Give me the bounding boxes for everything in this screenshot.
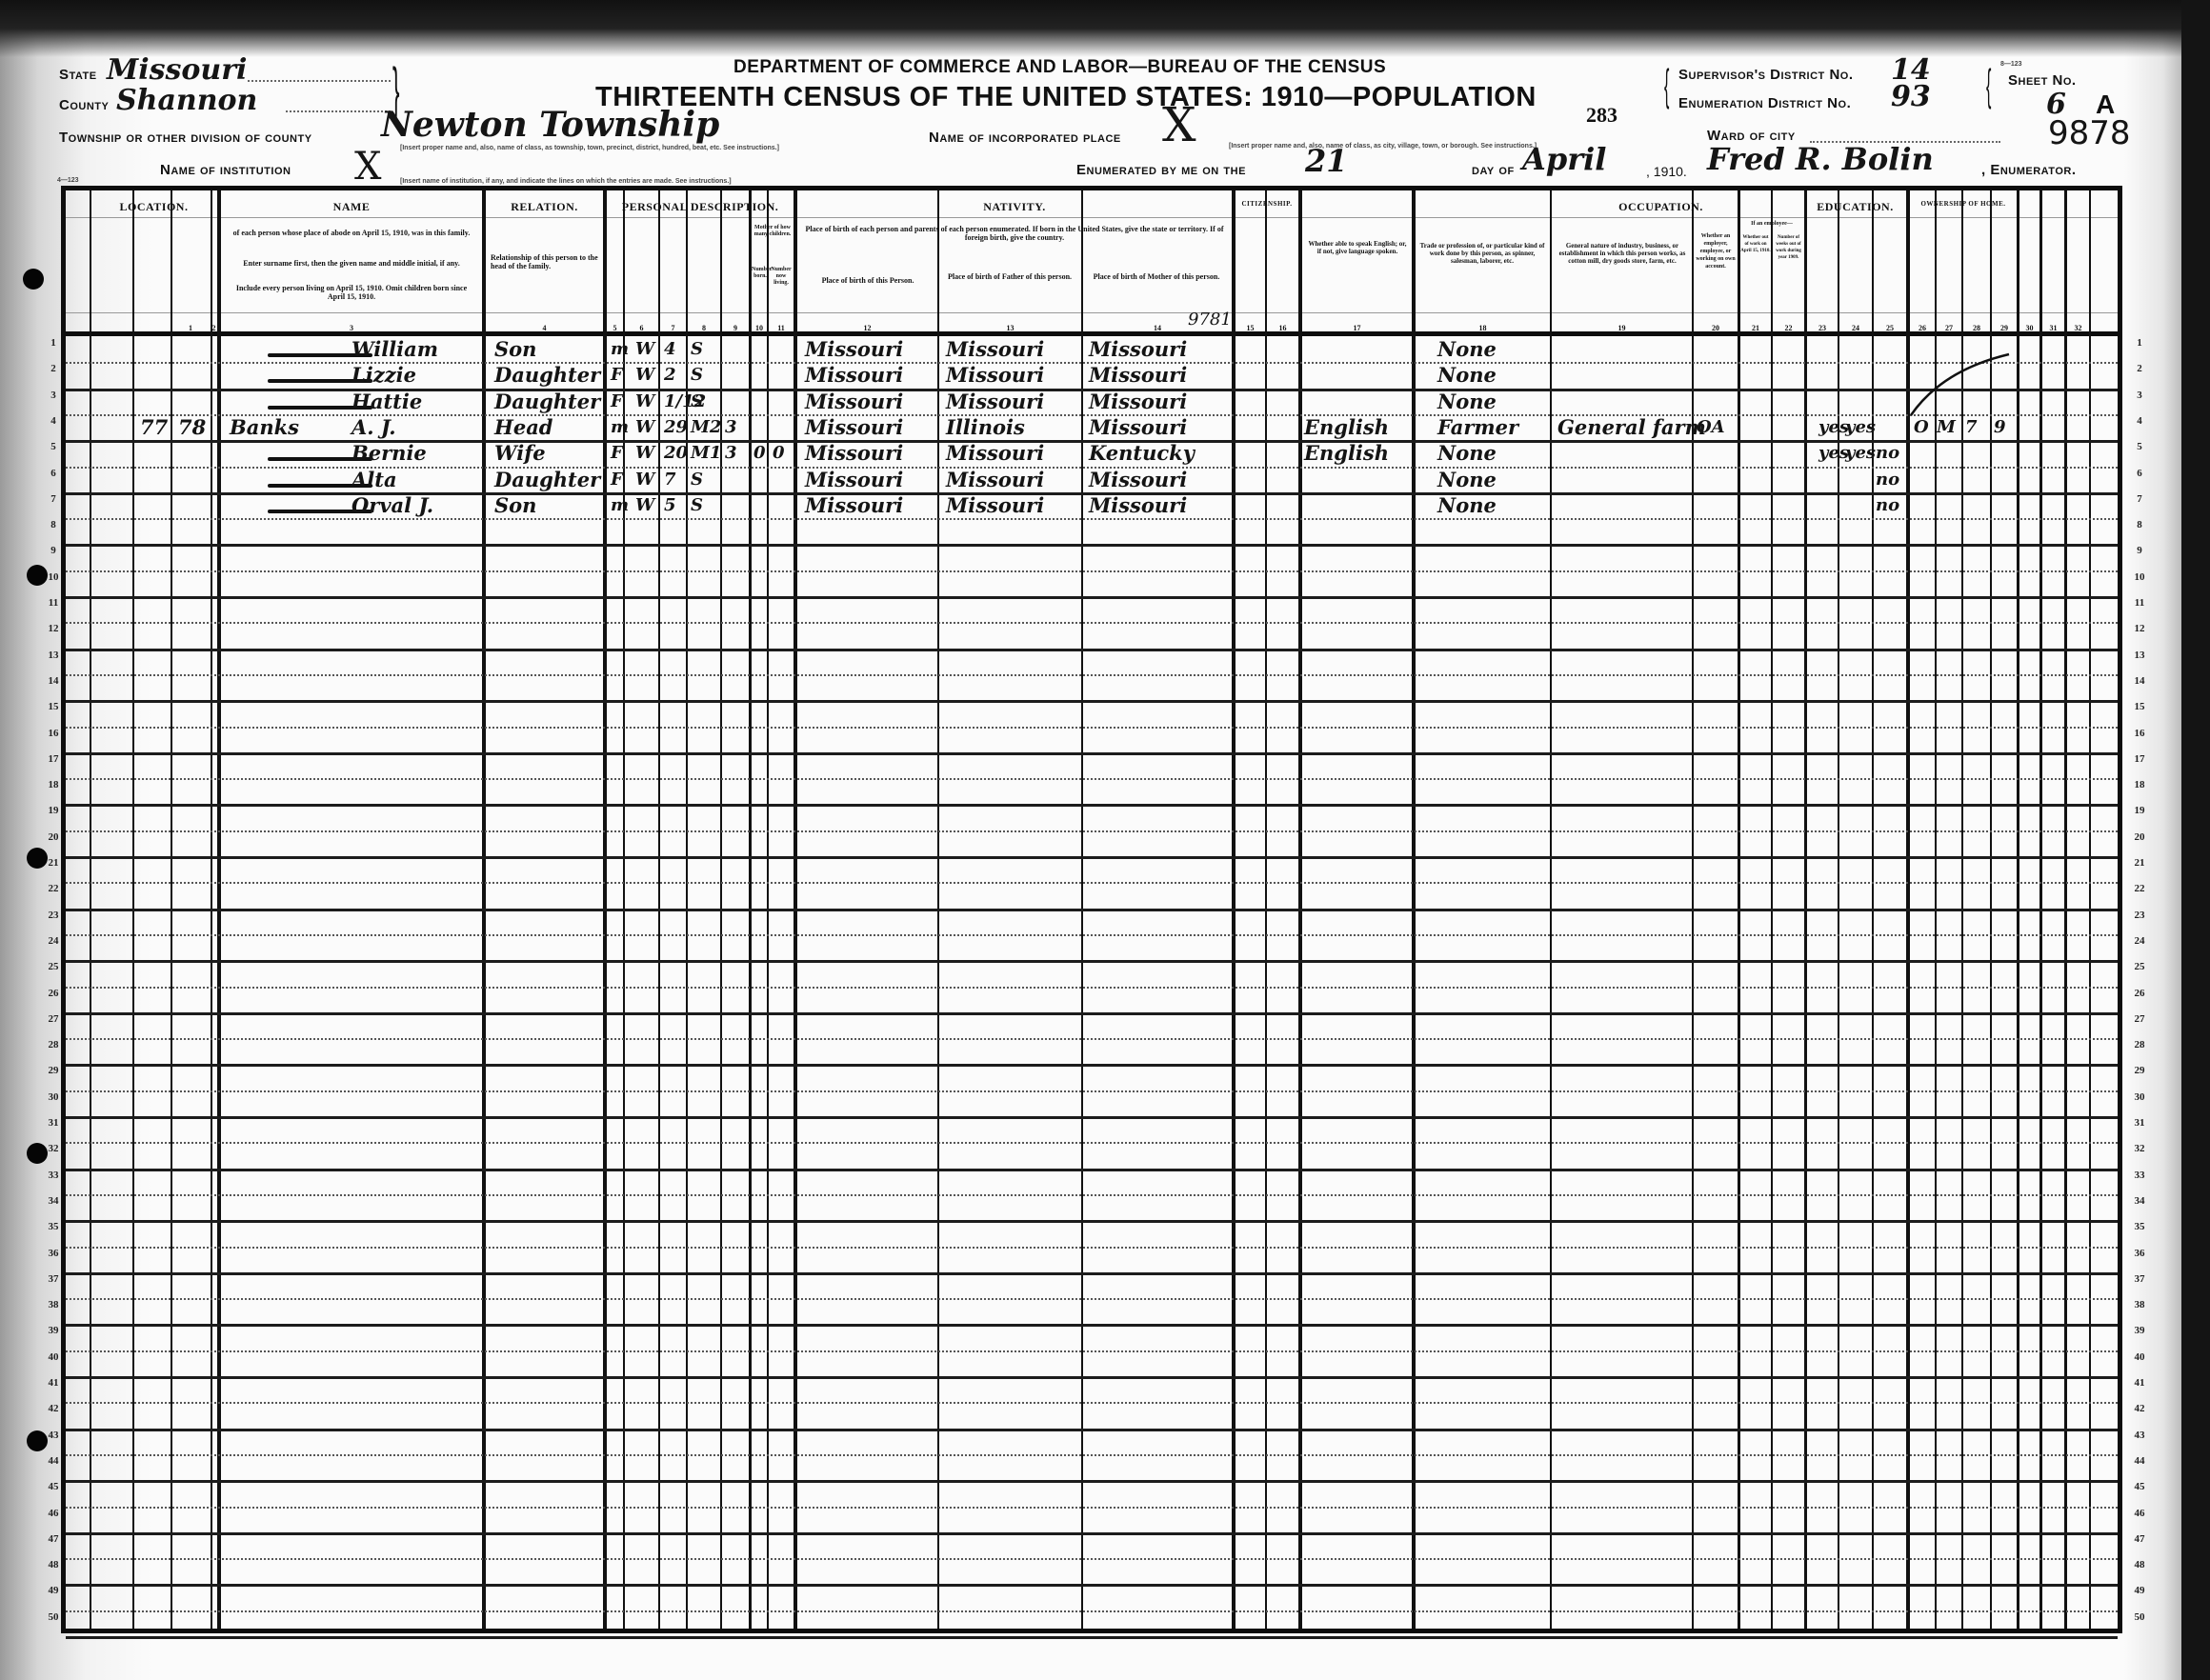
cell-birth-self: Missouri xyxy=(805,416,903,439)
row-rule xyxy=(66,856,2118,859)
cell-given: Bernie xyxy=(352,442,427,465)
line-number: 35 xyxy=(42,1221,65,1232)
cell-english: English xyxy=(1304,416,1389,439)
line-number: 42 xyxy=(2128,1403,2151,1414)
ward-label: Ward of city xyxy=(1707,128,1796,144)
cell-write: yes xyxy=(1845,416,1876,439)
line-number: 18 xyxy=(2128,779,2151,790)
cell-years-married: 3 xyxy=(725,416,737,439)
line-number: 5 xyxy=(2128,441,2151,452)
line-number: 10 xyxy=(2128,571,2151,583)
cell-age: 7 xyxy=(664,469,676,491)
section-nativity: NATIVITY. xyxy=(797,200,1232,214)
line-number: 6 xyxy=(2128,468,2151,479)
township-instruction: [Insert proper name and, also, name of c… xyxy=(400,145,779,151)
cell-age: 20 xyxy=(664,442,688,465)
out-of-work-header: Whether out of work on April 15, 1910. xyxy=(1740,234,1771,254)
line-number: 26 xyxy=(42,988,65,999)
line-number: 22 xyxy=(42,883,65,894)
line-number: 27 xyxy=(2128,1013,2151,1025)
sheet-label: Sheet No. xyxy=(2008,72,2077,89)
department-heading: DEPARTMENT OF COMMERCE AND LABOR—BUREAU … xyxy=(733,57,1386,78)
line-number: 35 xyxy=(2128,1221,2151,1232)
column-number: 3 xyxy=(221,324,482,332)
line-number: 1 xyxy=(42,337,65,349)
incorporated-place-label: Name of incorporated place xyxy=(929,130,1121,146)
section-ownership: OWNERSHIP OF HOME. xyxy=(1910,200,2017,208)
column-number: 25 xyxy=(1874,324,1906,332)
row-rule xyxy=(66,882,2118,885)
cell-birth-father: Missouri xyxy=(946,469,1044,491)
column-number: 17 xyxy=(1302,324,1412,332)
cell-dwelling: 77 xyxy=(140,416,168,439)
line-number: 7 xyxy=(42,493,65,505)
cell-living: 0 xyxy=(773,442,785,465)
line-number: 25 xyxy=(2128,961,2151,972)
name-description: of each person whose place of abode on A… xyxy=(228,229,475,237)
cell-school: no xyxy=(1876,494,1899,517)
cell-age: 29 xyxy=(664,416,688,439)
cell-given: Hattie xyxy=(352,390,422,413)
cell-birth-self: Missouri xyxy=(805,364,903,387)
row-rule xyxy=(66,1038,2118,1041)
column-number: 28 xyxy=(1963,324,1990,332)
cell-relation: Daughter xyxy=(494,364,600,387)
cell-race: W xyxy=(635,416,654,439)
column-number: 2 xyxy=(211,324,217,332)
weeks-out-header: Number of weeks out of work during year … xyxy=(1773,234,1804,261)
row-rule xyxy=(66,1429,2118,1431)
row-rule xyxy=(66,1142,2118,1145)
line-number: 16 xyxy=(42,728,65,739)
line-number: 3 xyxy=(42,390,65,401)
row-rule xyxy=(66,1558,2118,1561)
census-title: THIRTEENTH CENSUS OF THE UNITED STATES: … xyxy=(595,82,1537,113)
line-number: 29 xyxy=(42,1065,65,1076)
line-number: 28 xyxy=(2128,1039,2151,1050)
section-location: LOCATION. xyxy=(90,200,218,214)
line-number: 2 xyxy=(42,363,65,374)
line-number: 40 xyxy=(2128,1351,2151,1363)
enumerator-label: , Enumerator. xyxy=(1981,162,2077,178)
line-number: 24 xyxy=(42,935,65,947)
line-number: 38 xyxy=(2128,1299,2151,1310)
line-number: 5 xyxy=(42,441,65,452)
trade-header: Trade or profession of, or particular ki… xyxy=(1418,242,1546,265)
line-number: 23 xyxy=(2128,910,2151,921)
cell-birth-father: Missouri xyxy=(946,390,1044,413)
column-number: 18 xyxy=(1416,324,1550,332)
english-header: Whether able to speak English; or, if no… xyxy=(1306,240,1409,255)
row-rule xyxy=(66,544,2118,547)
supervisor-label: Supervisor's District No. xyxy=(1678,67,1854,83)
cell-trade: None xyxy=(1437,364,1497,387)
cell-sex: F xyxy=(611,469,623,491)
row-rule xyxy=(66,1480,2118,1483)
cell-sex: F xyxy=(611,364,623,387)
form-code-left: 4—123 xyxy=(57,177,79,184)
row-rule xyxy=(66,1194,2118,1197)
cell-race: W xyxy=(635,469,654,491)
cell-marital: S xyxy=(691,338,703,361)
line-number: 33 xyxy=(42,1170,65,1181)
line-number: 10 xyxy=(42,571,65,583)
year-label: , 1910. xyxy=(1646,164,1687,179)
line-number: 18 xyxy=(42,779,65,790)
column-number: 27 xyxy=(1937,324,1961,332)
cell-birth-self: Missouri xyxy=(805,442,903,465)
column-number: 29 xyxy=(1992,324,2017,332)
line-number: 6 xyxy=(42,468,65,479)
line-number: 29 xyxy=(2128,1065,2151,1076)
row-rule xyxy=(66,1220,2118,1223)
column-number: 12 xyxy=(797,324,937,332)
cell-trade: None xyxy=(1437,494,1497,517)
line-number: 48 xyxy=(42,1559,65,1570)
line-number: 33 xyxy=(2128,1170,2151,1181)
institution-value: X xyxy=(354,145,381,189)
column-number: 30 xyxy=(2019,324,2039,332)
line-number: 39 xyxy=(42,1325,65,1336)
row-rule xyxy=(66,1610,2118,1613)
form-code-right: 8—123 xyxy=(2000,61,2022,68)
cell-english: English xyxy=(1304,442,1389,465)
row-rule xyxy=(66,987,2118,990)
cell-birth-self: Missouri xyxy=(805,469,903,491)
cell-marital: M1 xyxy=(691,442,721,465)
line-number: 15 xyxy=(42,701,65,712)
cell-born: 0 xyxy=(753,442,766,465)
row-rule xyxy=(66,649,2118,651)
row-rule xyxy=(66,1012,2118,1015)
if-employee-header: If an employee— xyxy=(1740,221,1803,228)
relation-description: Relationship of this person to the head … xyxy=(491,253,599,270)
line-number: 12 xyxy=(2128,623,2151,634)
column-number: 5 xyxy=(607,324,623,332)
column-number: 11 xyxy=(769,324,794,332)
cell-relation: Wife xyxy=(494,442,546,465)
township-label: Township or other division of county xyxy=(59,130,312,146)
cell-sex: m xyxy=(611,494,629,517)
line-number: 13 xyxy=(42,650,65,661)
cell-birth-mother: Missouri xyxy=(1089,390,1187,413)
line-number: 19 xyxy=(42,805,65,816)
line-number: 15 xyxy=(2128,701,2151,712)
cell-birth-father: Missouri xyxy=(946,338,1044,361)
line-number: 41 xyxy=(2128,1377,2151,1389)
line-number: 46 xyxy=(2128,1508,2151,1519)
line-number: 37 xyxy=(42,1273,65,1285)
cell-birth-self: Missouri xyxy=(805,494,903,517)
day-of-label: day of xyxy=(1472,162,1515,178)
birth-person-header: Place of birth of this Person. xyxy=(801,276,934,285)
cell-birth-mother: Missouri xyxy=(1089,416,1187,439)
cell-birth-father: Missouri xyxy=(946,442,1044,465)
column-number: 13 xyxy=(939,324,1081,332)
column-number: 16 xyxy=(1267,324,1298,332)
row-rule xyxy=(66,960,2118,963)
line-number: 50 xyxy=(2128,1611,2151,1623)
line-number: 47 xyxy=(42,1533,65,1545)
line-number: 13 xyxy=(2128,650,2151,661)
column-number: 1 xyxy=(171,324,211,332)
line-number: 31 xyxy=(42,1117,65,1129)
line-number: 9 xyxy=(2128,545,2151,556)
population-schedule-table: LOCATION. NAME RELATION. PERSONAL DESCRI… xyxy=(61,186,2122,1633)
state-label: State xyxy=(59,67,97,83)
line-number: 43 xyxy=(42,1430,65,1441)
line-number: 36 xyxy=(42,1248,65,1259)
line-number: 50 xyxy=(42,1611,65,1623)
line-number: 11 xyxy=(42,597,65,609)
cell-given: Orval J. xyxy=(352,494,433,517)
line-number: 20 xyxy=(42,831,65,843)
row-rule xyxy=(66,1298,2118,1301)
employer-header: Whether an employer, employee, or workin… xyxy=(1694,232,1738,270)
column-number: 10 xyxy=(752,324,767,332)
column-number: 9 xyxy=(722,324,749,332)
name-enter-instruction: Enter surname first, then the given name… xyxy=(228,259,475,268)
line-number: 40 xyxy=(42,1351,65,1363)
row-rule xyxy=(66,934,2118,937)
cell-birth-self: Missouri xyxy=(805,338,903,361)
line-number: 8 xyxy=(42,519,65,530)
row-rule xyxy=(66,1532,2118,1535)
enumeration-label: Enumeration District No. xyxy=(1678,95,1851,111)
line-number: 31 xyxy=(2128,1117,2151,1129)
cell-relation: Head xyxy=(494,416,553,439)
line-number: 34 xyxy=(2128,1195,2151,1207)
row-rule xyxy=(66,727,2118,730)
section-relation: RELATION. xyxy=(486,200,603,214)
section-personal: PERSONAL DESCRIPTION. xyxy=(607,200,794,214)
line-number: 16 xyxy=(2128,728,2151,739)
line-number: 42 xyxy=(42,1403,65,1414)
line-number: 21 xyxy=(42,857,65,869)
line-number: 45 xyxy=(2128,1481,2151,1492)
enumerated-label: Enumerated by me on the xyxy=(1076,162,1246,178)
column-number: 21 xyxy=(1740,324,1771,332)
cell-trade: None xyxy=(1437,338,1497,361)
line-number: 19 xyxy=(2128,805,2151,816)
cell-trade: None xyxy=(1437,390,1497,413)
line-number: 32 xyxy=(42,1143,65,1154)
column-number: 32 xyxy=(2067,324,2089,332)
tally-stroke-icon xyxy=(1909,352,2014,419)
birth-father-header: Place of birth of Father of this person. xyxy=(942,272,1077,281)
line-number: 44 xyxy=(2128,1455,2151,1467)
cell-owned: O xyxy=(1914,416,1929,439)
line-number: 47 xyxy=(2128,1533,2151,1545)
cell-write: yes xyxy=(1845,442,1876,465)
line-number: 39 xyxy=(2128,1325,2151,1336)
column-number: 22 xyxy=(1773,324,1804,332)
row-rule xyxy=(66,518,2118,521)
cell-relation: Son xyxy=(494,338,536,361)
cell-school: no xyxy=(1876,442,1899,465)
institution-instruction: [Insert name of institution, if any, and… xyxy=(400,178,732,185)
row-rule xyxy=(66,909,2118,911)
line-number: 30 xyxy=(42,1091,65,1103)
row-rule xyxy=(66,1376,2118,1379)
line-number: 30 xyxy=(2128,1091,2151,1103)
line-number: 36 xyxy=(2128,1248,2151,1259)
line-number: 9 xyxy=(42,545,65,556)
cell-marital: S xyxy=(691,469,703,491)
line-number: 38 xyxy=(42,1299,65,1310)
line-number: 27 xyxy=(42,1013,65,1025)
row-rule xyxy=(66,1116,2118,1119)
stamp-number: 9878 xyxy=(2048,114,2131,152)
name-include-instruction: Include every person living on April 15,… xyxy=(228,284,475,301)
cell-birth-father: Illinois xyxy=(946,416,1025,439)
column-number: 7 xyxy=(660,324,686,332)
cell-marital: S xyxy=(691,364,703,387)
cell-race: W xyxy=(635,364,654,387)
line-number: 25 xyxy=(42,961,65,972)
row-rule xyxy=(66,1272,2118,1275)
cell-birth-mother: Missouri xyxy=(1089,494,1187,517)
cell-free: M xyxy=(1937,416,1956,439)
cell-family: 78 xyxy=(178,416,206,439)
row-rule xyxy=(66,1584,2118,1587)
cell-sex: F xyxy=(611,442,623,465)
line-number: 7 xyxy=(2128,493,2151,505)
line-number: 24 xyxy=(2128,935,2151,947)
cell-trade: None xyxy=(1437,469,1497,491)
cell-sex: F xyxy=(611,390,623,413)
row-rule xyxy=(66,622,2118,625)
cell-relation: Son xyxy=(494,494,536,517)
row-rule xyxy=(66,778,2118,781)
punch-hole-icon xyxy=(23,269,44,290)
column-number: 31 xyxy=(2042,324,2064,332)
column-number: 4 xyxy=(486,324,603,332)
cell-relation: Daughter xyxy=(494,469,600,491)
row-rule xyxy=(66,1090,2118,1093)
row-rule xyxy=(66,752,2118,755)
state-value: Missouri xyxy=(107,53,247,87)
enumeration-value: 93 xyxy=(1891,80,1931,113)
cell-age: 4 xyxy=(664,338,676,361)
enumerated-month: April xyxy=(1522,141,1606,177)
row-rule xyxy=(66,700,2118,703)
scan-top-shadow xyxy=(0,0,2210,57)
cell-marital: S xyxy=(691,390,703,413)
line-number: 8 xyxy=(2128,519,2151,530)
line-number: 32 xyxy=(2128,1143,2151,1154)
cell-birth-mother: Missouri xyxy=(1089,338,1187,361)
cell-race: W xyxy=(635,338,654,361)
cell-schedule: 9 xyxy=(1994,416,2006,439)
row-rule xyxy=(66,1064,2118,1067)
line-number: 48 xyxy=(2128,1559,2151,1570)
row-rule xyxy=(66,830,2118,833)
line-number: 43 xyxy=(2128,1430,2151,1441)
column-number: 6 xyxy=(625,324,658,332)
number-born-header: Number born. xyxy=(752,267,769,280)
cell-sex: m xyxy=(611,338,629,361)
cell-given: Alta xyxy=(352,469,397,491)
column-number: 15 xyxy=(1236,324,1265,332)
line-number: 23 xyxy=(42,910,65,921)
row-rule xyxy=(66,1507,2118,1510)
cell-school: no xyxy=(1876,469,1899,491)
line-number: 41 xyxy=(42,1377,65,1389)
section-name: NAME xyxy=(221,200,482,214)
line-number: 17 xyxy=(2128,753,2151,765)
column-number: 20 xyxy=(1694,324,1738,332)
line-number: 11 xyxy=(2128,597,2151,609)
row-rule xyxy=(66,804,2118,807)
county-label: County xyxy=(59,97,109,113)
row-rule xyxy=(66,596,2118,599)
cell-birth-mother: Kentucky xyxy=(1089,442,1195,465)
row-rule xyxy=(66,1350,2118,1353)
cell-marital: S xyxy=(691,494,703,517)
cell-birth-mother: Missouri xyxy=(1089,364,1187,387)
line-number: 4 xyxy=(2128,415,2151,427)
incorporated-place-value: X xyxy=(1162,97,1196,152)
industry-header: General nature of industry, business, or… xyxy=(1556,242,1689,265)
cell-surname: Banks xyxy=(230,416,299,439)
line-number: 45 xyxy=(42,1481,65,1492)
row-rule xyxy=(66,570,2118,573)
cell-race: W xyxy=(635,442,654,465)
section-citizenship: CITIZENSHIP. xyxy=(1236,200,1298,208)
cell-trade: Farmer xyxy=(1437,416,1518,439)
cell-birth-father: Missouri xyxy=(946,364,1044,387)
cell-age: 2 xyxy=(664,364,676,387)
cell-given: Lizzie xyxy=(352,364,416,387)
line-number: 17 xyxy=(42,753,65,765)
cell-age: 5 xyxy=(664,494,676,517)
line-number: 26 xyxy=(2128,988,2151,999)
column-number: 19 xyxy=(1552,324,1692,332)
cell-relation: Daughter xyxy=(494,390,600,413)
row-rule xyxy=(66,1247,2118,1250)
column-number: 8 xyxy=(688,324,720,332)
mother-of-header: Mother of how many children. xyxy=(752,225,794,238)
line-number: 28 xyxy=(42,1039,65,1050)
row-rule xyxy=(66,1324,2118,1327)
line-number: 49 xyxy=(2128,1585,2151,1596)
incorporated-place-instruction: [Insert proper name and, also, name of c… xyxy=(1229,143,1537,150)
row-rule xyxy=(66,1636,2118,1639)
line-number: 1 xyxy=(2128,337,2151,349)
row-rule xyxy=(66,1402,2118,1405)
serial-stamp: 283 xyxy=(1586,103,1617,128)
line-number: 34 xyxy=(42,1195,65,1207)
county-value: Shannon xyxy=(116,84,257,117)
line-number: 2 xyxy=(2128,363,2151,374)
cell-trade: None xyxy=(1437,442,1497,465)
line-number: 4 xyxy=(42,415,65,427)
cell-birth-father: Missouri xyxy=(946,494,1044,517)
cell-industry: General farm xyxy=(1557,416,1706,439)
nativity-description: Place of birth of each person and parent… xyxy=(801,225,1228,242)
line-number: 49 xyxy=(42,1585,65,1596)
section-education: EDUCATION. xyxy=(1804,200,1906,214)
line-number: 46 xyxy=(42,1508,65,1519)
cell-race: W xyxy=(635,390,654,413)
cell-employer: OA xyxy=(1697,416,1725,439)
row-rule xyxy=(66,674,2118,677)
line-number: 3 xyxy=(2128,390,2151,401)
cell-birth-mother: Missouri xyxy=(1089,469,1187,491)
column-number: 23 xyxy=(1807,324,1838,332)
cell-farm: 7 xyxy=(1965,416,1978,439)
